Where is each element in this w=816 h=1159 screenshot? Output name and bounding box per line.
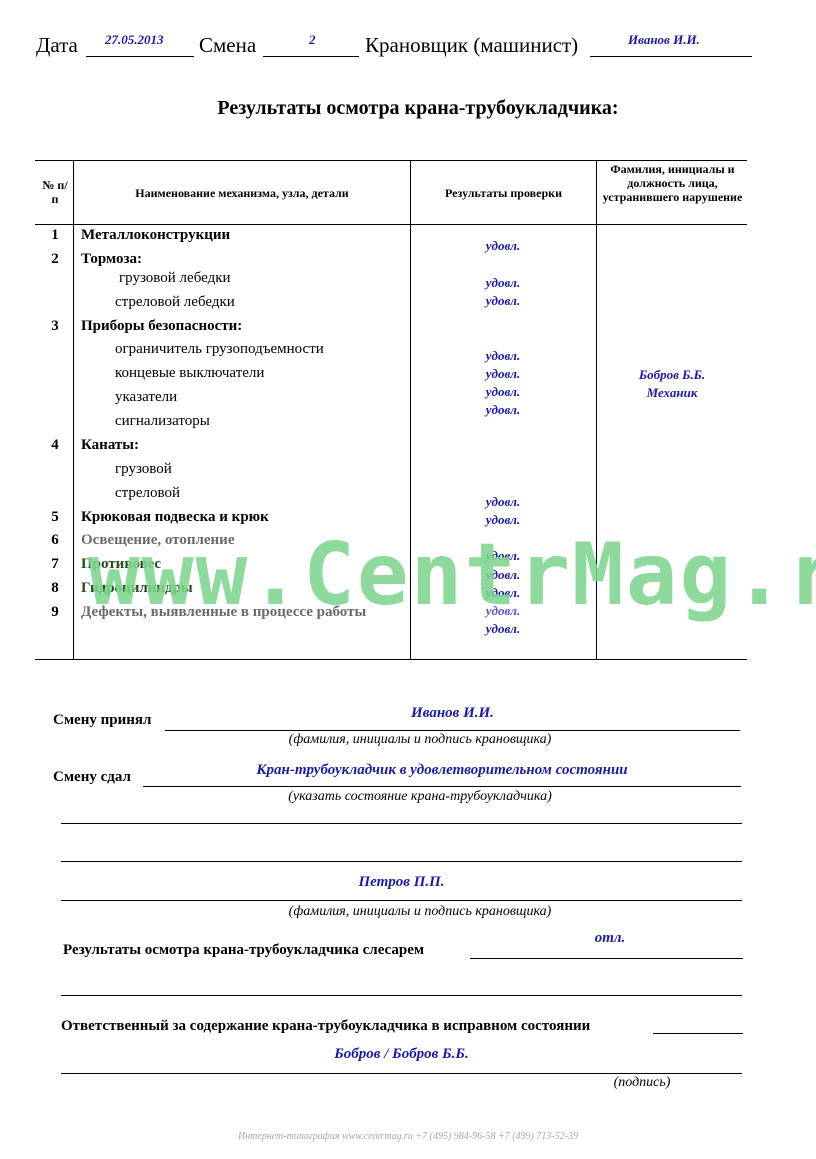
- row-name: Освещение, отопление: [81, 532, 234, 549]
- handed-field[interactable]: Кран-трубоукладчик в удовлетворительном …: [143, 762, 741, 779]
- row-name: Металлоконструкции: [81, 227, 230, 244]
- responsible-label: Ответственный за содержание крана-трубоу…: [61, 1018, 590, 1035]
- row-number: 4: [44, 437, 66, 454]
- result-value[interactable]: удовл.: [470, 275, 536, 291]
- operator-field-line: [590, 56, 752, 57]
- row-number: 7: [44, 556, 66, 573]
- column-header-num: № п/п: [42, 178, 68, 206]
- date-field-line: [86, 56, 194, 57]
- date-label: Дата: [36, 33, 78, 58]
- row-name: Тормоза:: [81, 251, 142, 268]
- blank-line: [61, 861, 742, 862]
- operator-field[interactable]: Иванов И.И.: [628, 32, 700, 48]
- handed-by-field[interactable]: Петров П.П.: [61, 874, 742, 891]
- row-name: Приборы безопасности:: [81, 318, 242, 335]
- row-subitem: сигнализаторы: [115, 413, 210, 430]
- page-title: Результаты осмотра крана-трубоукладчика:: [0, 97, 816, 120]
- result-value[interactable]: удовл.: [470, 384, 536, 400]
- responsible-line: [61, 1073, 742, 1074]
- footer-text: Интернет-типография www.centrmag.ru +7 (…: [0, 1131, 816, 1142]
- responsible-field[interactable]: Бобров / Бобров Б.Б.: [61, 1046, 742, 1063]
- column-header-result: Результаты проверки: [411, 186, 596, 200]
- table-header-border: [35, 224, 747, 225]
- row-subitem: указатели: [115, 389, 177, 406]
- result-value[interactable]: удовл.: [470, 348, 536, 364]
- handed-by-hint: (фамилия, инициалы и подпись крановщика): [165, 904, 675, 920]
- result-value[interactable]: удовл.: [470, 548, 536, 564]
- row-subitem: грузовой лебедки: [119, 270, 231, 287]
- row-subitem: стреловой лебедки: [115, 294, 235, 311]
- row-name: Противовес: [81, 556, 161, 573]
- responsible-name[interactable]: Бобров Б.Б.: [597, 366, 747, 384]
- row-name: Дефекты, выявленные в процессе работы: [81, 604, 366, 621]
- table-top-border: [35, 160, 747, 161]
- handed-hint: (указать состояние крана-трубоукладчика): [165, 789, 675, 805]
- handed-label: Смену сдал: [53, 769, 131, 786]
- row-number: 9: [44, 604, 66, 621]
- date-field[interactable]: 27.05.2013: [105, 32, 164, 48]
- shift-field[interactable]: 2: [309, 32, 316, 48]
- row-name: Канаты:: [81, 437, 139, 454]
- row-subitem: стреловой: [115, 485, 180, 502]
- result-value[interactable]: удовл.: [470, 494, 536, 510]
- shift-label: Смена: [199, 33, 256, 58]
- row-number: 3: [44, 318, 66, 335]
- accepted-hint: (фамилия, инициалы и подпись крановщика): [165, 732, 675, 748]
- accepted-label: Смену принял: [53, 712, 151, 729]
- table-divider: [596, 160, 597, 660]
- result-value[interactable]: удовл.: [470, 366, 536, 382]
- result-value[interactable]: удовл.: [470, 238, 536, 254]
- mechanic-line: [470, 958, 743, 959]
- accepted-field[interactable]: Иванов И.И.: [165, 705, 740, 722]
- result-value[interactable]: удовл.: [470, 512, 536, 528]
- result-value[interactable]: удовл.: [470, 603, 536, 619]
- row-number: 2: [44, 251, 66, 268]
- row-number: 8: [44, 580, 66, 597]
- table-bottom-border: [35, 659, 747, 660]
- row-name: Гидроцилиндры: [81, 580, 193, 597]
- column-header-responsible: Фамилия, инициалы и должность лица, устр…: [600, 162, 745, 204]
- result-value[interactable]: удовл.: [470, 293, 536, 309]
- row-subitem: ограничитель грузоподъемности: [115, 341, 324, 358]
- mechanic-field[interactable]: отл.: [560, 930, 660, 947]
- row-number: 1: [44, 227, 66, 244]
- handed-by-line: [61, 900, 742, 901]
- row-number: 5: [44, 509, 66, 526]
- operator-label: Крановщик (машинист): [365, 33, 578, 58]
- result-value[interactable]: удовл.: [470, 585, 536, 601]
- mechanic-label: Результаты осмотра крана-трубоукладчика …: [63, 942, 424, 959]
- signature-hint: (подпись): [600, 1075, 684, 1091]
- blank-line: [61, 995, 742, 996]
- blank-line: [61, 823, 742, 824]
- column-header-name: Наименование механизма, узла, детали: [74, 186, 410, 200]
- row-name: Крюковая подвеска и крюк: [81, 509, 269, 526]
- handed-line: [143, 786, 741, 787]
- responsible-position[interactable]: Механик: [597, 384, 747, 402]
- table-divider: [73, 160, 74, 660]
- result-value[interactable]: удовл.: [470, 402, 536, 418]
- result-value[interactable]: удовл.: [470, 621, 536, 637]
- row-number: 6: [44, 532, 66, 549]
- row-subitem: грузовой: [115, 461, 172, 478]
- shift-field-line: [263, 56, 359, 57]
- accepted-line: [165, 730, 740, 731]
- table-divider: [410, 160, 411, 660]
- row-subitem: концевые выключатели: [115, 365, 264, 382]
- responsible-short-line: [653, 1033, 743, 1034]
- result-value[interactable]: удовл.: [470, 567, 536, 583]
